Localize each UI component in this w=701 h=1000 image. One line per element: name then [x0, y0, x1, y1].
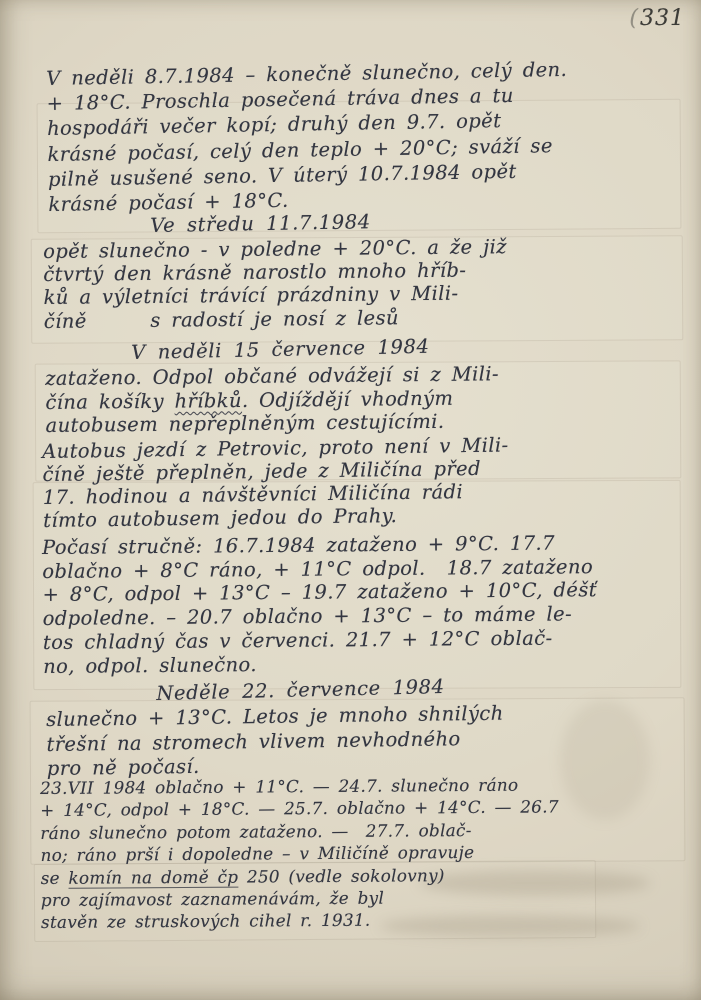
ink-showthrough	[560, 700, 650, 820]
line-segment: 250 (vedle sokolovny)	[238, 865, 445, 886]
entry-weather-summary: Počasí stručně: 16.7.1984 zataženo + 9°C…	[42, 531, 598, 678]
entry-heading-1984-07-11: Ve středu 11.7.1984	[150, 210, 371, 237]
line-segment: . Odjíždějí vhodným	[242, 386, 454, 411]
entry-1984-07-23-to-27: 23.VII 1984 oblačno + 11°C. — 24.7. slun…	[40, 773, 560, 933]
page-number: (331	[629, 6, 685, 31]
handwritten-line: číně s radostí je nosí z lesů	[44, 305, 508, 333]
entry-bus-note: Autobus jezdí z Petrovic, proto není v M…	[42, 433, 510, 532]
handwritten-line: autobusem nepřeplněným cestujícími.	[45, 409, 499, 437]
line-segment: čína košíky	[45, 389, 174, 413]
wavy-underlined-word: hříbků	[174, 388, 242, 412]
entry-1984-07-08: V neděli 8.7.1984 – konečně slunečno, ce…	[46, 57, 570, 217]
handwritten-line: stavěn ze struskových cihel r. 1931.	[41, 908, 560, 934]
handwritten-line: + 14°C, odpol + 18°C. — 25.7. oblačno + …	[40, 796, 559, 822]
page-number-value: 331	[640, 6, 685, 31]
entry-1984-07-11: opět slunečno - v poledne + 20°C. a že j…	[43, 235, 508, 333]
underlined-phrase: komín na domě čp	[68, 866, 238, 887]
entry-1984-07-22: slunečno + 13°C. Letos je mnoho shnilých…	[46, 702, 504, 782]
line-segment: se	[41, 867, 69, 887]
corner-mark: (	[629, 6, 639, 31]
handwritten-line: tos chladný čas v červenci. 21.7 + 12°C …	[43, 626, 598, 655]
handwritten-line: ků a výletníci trávící prázdniny v Mili-	[43, 282, 507, 310]
journal-page-scan: { "page_number": "331", "page_corner_mar…	[0, 0, 701, 1000]
handwritten-line: no, odpol. slunečno.	[43, 650, 598, 679]
entry-1984-07-15: zataženo. Odpol občané odvážejí si z Mil…	[45, 362, 500, 437]
